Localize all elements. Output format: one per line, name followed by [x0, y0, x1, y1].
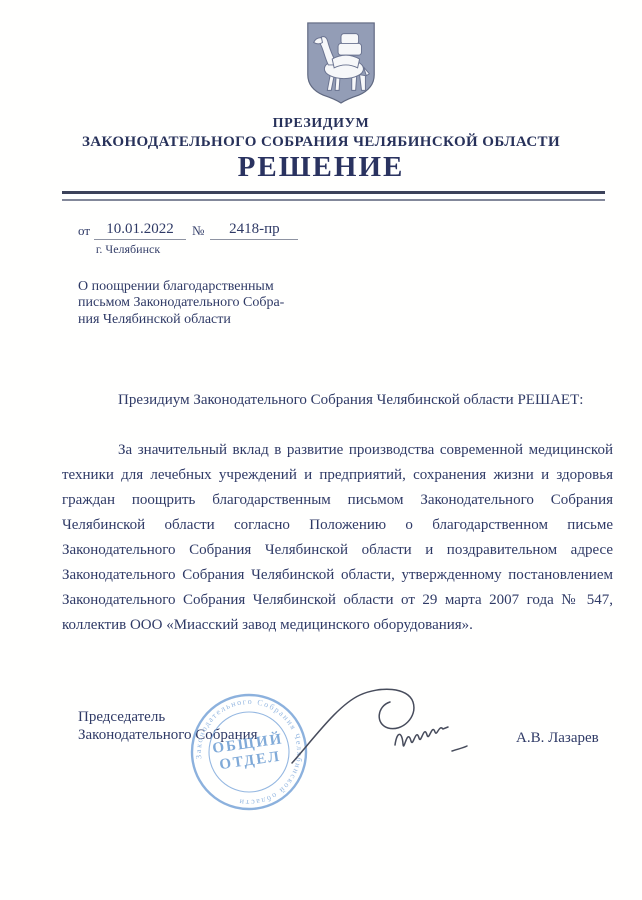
header-rule-thin [62, 199, 605, 201]
subject-line: ния Челябинской области [78, 312, 310, 328]
handwritten-signature [280, 675, 490, 780]
number-label: № [192, 223, 204, 240]
document-type-title: РЕШЕНИЕ [40, 151, 602, 184]
subject-block: О поощрении благодарственным письмом Зак… [78, 279, 310, 328]
doc-date: 10.01.2022 [94, 221, 186, 240]
org-header-line1: ПРЕЗИДИУМ [40, 116, 602, 132]
coat-of-arms-camel-icon [302, 20, 380, 104]
official-letter-page: ПРЕЗИДИУМ ЗАКОНОДАТЕЛЬНОГО СОБРАНИЯ ЧЕЛЯ… [0, 0, 642, 900]
subject-line: письмом Законодательного Собра- [78, 295, 310, 311]
org-header-line2: ЗАКОНОДАТЕЛЬНОГО СОБРАНИЯ ЧЕЛЯБИНСКОЙ ОБ… [40, 134, 602, 151]
subject-line: О поощрении благодарственным [78, 279, 310, 295]
from-label: от [78, 223, 90, 240]
doc-meta-row: от10.01.2022№2418-пр [78, 221, 298, 240]
city-label: г. Челябинск [82, 242, 174, 257]
doc-number: 2418-пр [210, 221, 298, 240]
header-rule-thick [62, 191, 605, 194]
resolution-intro: Президиум Законодательного Собрания Челя… [62, 392, 613, 409]
resolution-body: За значительный вклад в развитие произво… [62, 438, 613, 638]
signatory-name: А.В. Лазарев [516, 730, 599, 747]
